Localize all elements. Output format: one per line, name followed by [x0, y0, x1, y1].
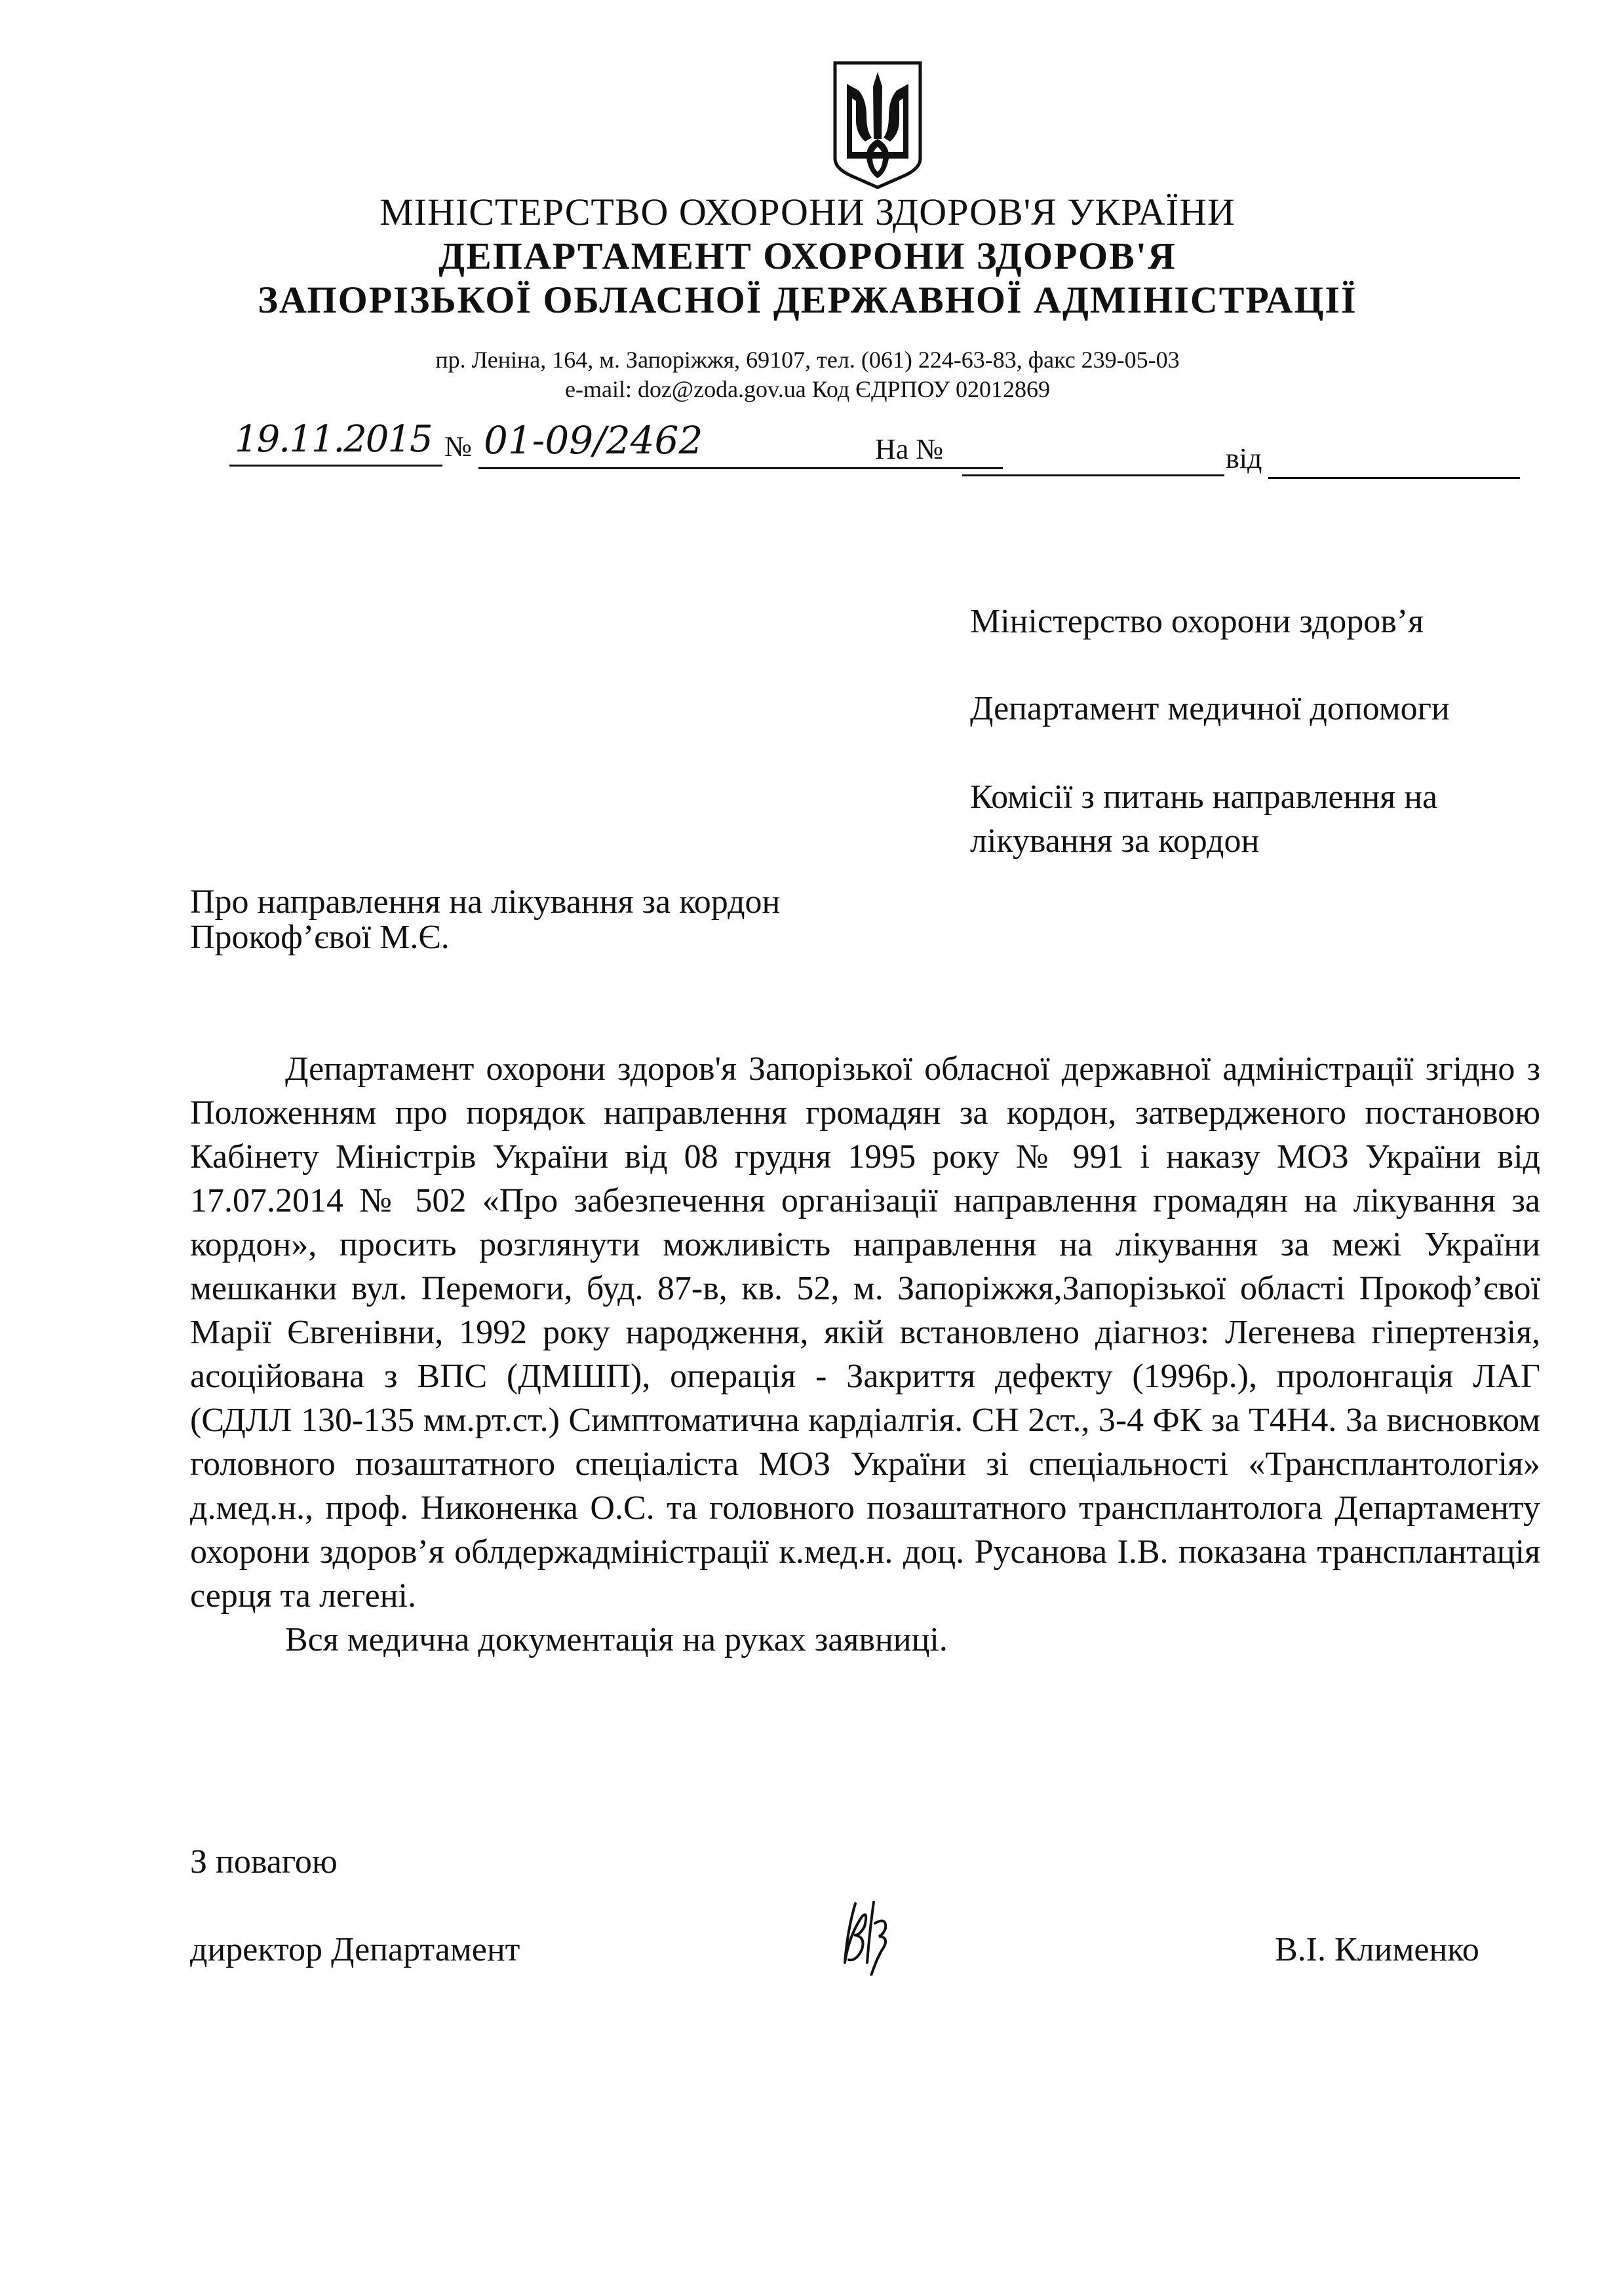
closing-regards: З повагою [190, 1843, 338, 1881]
addressee-medical-department: Департамент медичної допомоги [970, 687, 1560, 731]
administration-title: ЗАПОРІЗЬКОЇ ОБЛАСНОЇ ДЕРЖАВНОЇ АДМІНІСТР… [0, 278, 1615, 322]
email-line: e-mail: doz@zoda.gov.ua Код ЄДРПОУ 02012… [0, 375, 1615, 403]
letter-subject: Про направлення на лікування за кордон П… [190, 885, 1042, 955]
addressee-commission: Комісії з питань направлення на лікуванн… [970, 775, 1560, 863]
body-paragraph-2: Вся медична документація на руках заявни… [190, 1618, 1540, 1662]
letter-body: Департамент охорони здоров'я Запорізької… [190, 1047, 1540, 1662]
reply-to-number-field [962, 419, 1224, 476]
body-paragraph-1: Департамент охорони здоров'я Запорізької… [190, 1047, 1540, 1618]
number-label: № [444, 430, 472, 463]
address-line: пр. Леніна, 164, м. Запоріжжя, 69107, те… [0, 346, 1615, 373]
addressee-ministry: Міністерство охорони здоров’я [970, 600, 1560, 643]
department-title: ДЕПАРТАМЕНТ ОХОРОНИ ЗДОРОВ'Я [0, 234, 1615, 278]
subject-line-1: Про направлення на лікування за кордон [190, 885, 1042, 920]
reply-to-label: На № [875, 432, 943, 466]
signature-icon [836, 1897, 921, 1976]
ministry-title: МІНІСТЕРСТВО ОХОРОНИ ЗДОРОВ'Я УКРАЇНИ [0, 190, 1615, 234]
registration-line: 19.11.2015 № 01-09/2462 На № від [229, 419, 1540, 472]
subject-line-2: Прокоф’євої М.Є. [190, 920, 1042, 955]
from-date-label: від [1226, 442, 1262, 475]
from-date-field [1268, 419, 1520, 479]
outgoing-date-field: 19.11.2015 [229, 419, 442, 467]
ukraine-coat-of-arms-icon [832, 60, 923, 189]
signer-name: В.І. Клименко [1275, 1930, 1479, 1969]
signer-title: директор Департамент [190, 1930, 520, 1969]
